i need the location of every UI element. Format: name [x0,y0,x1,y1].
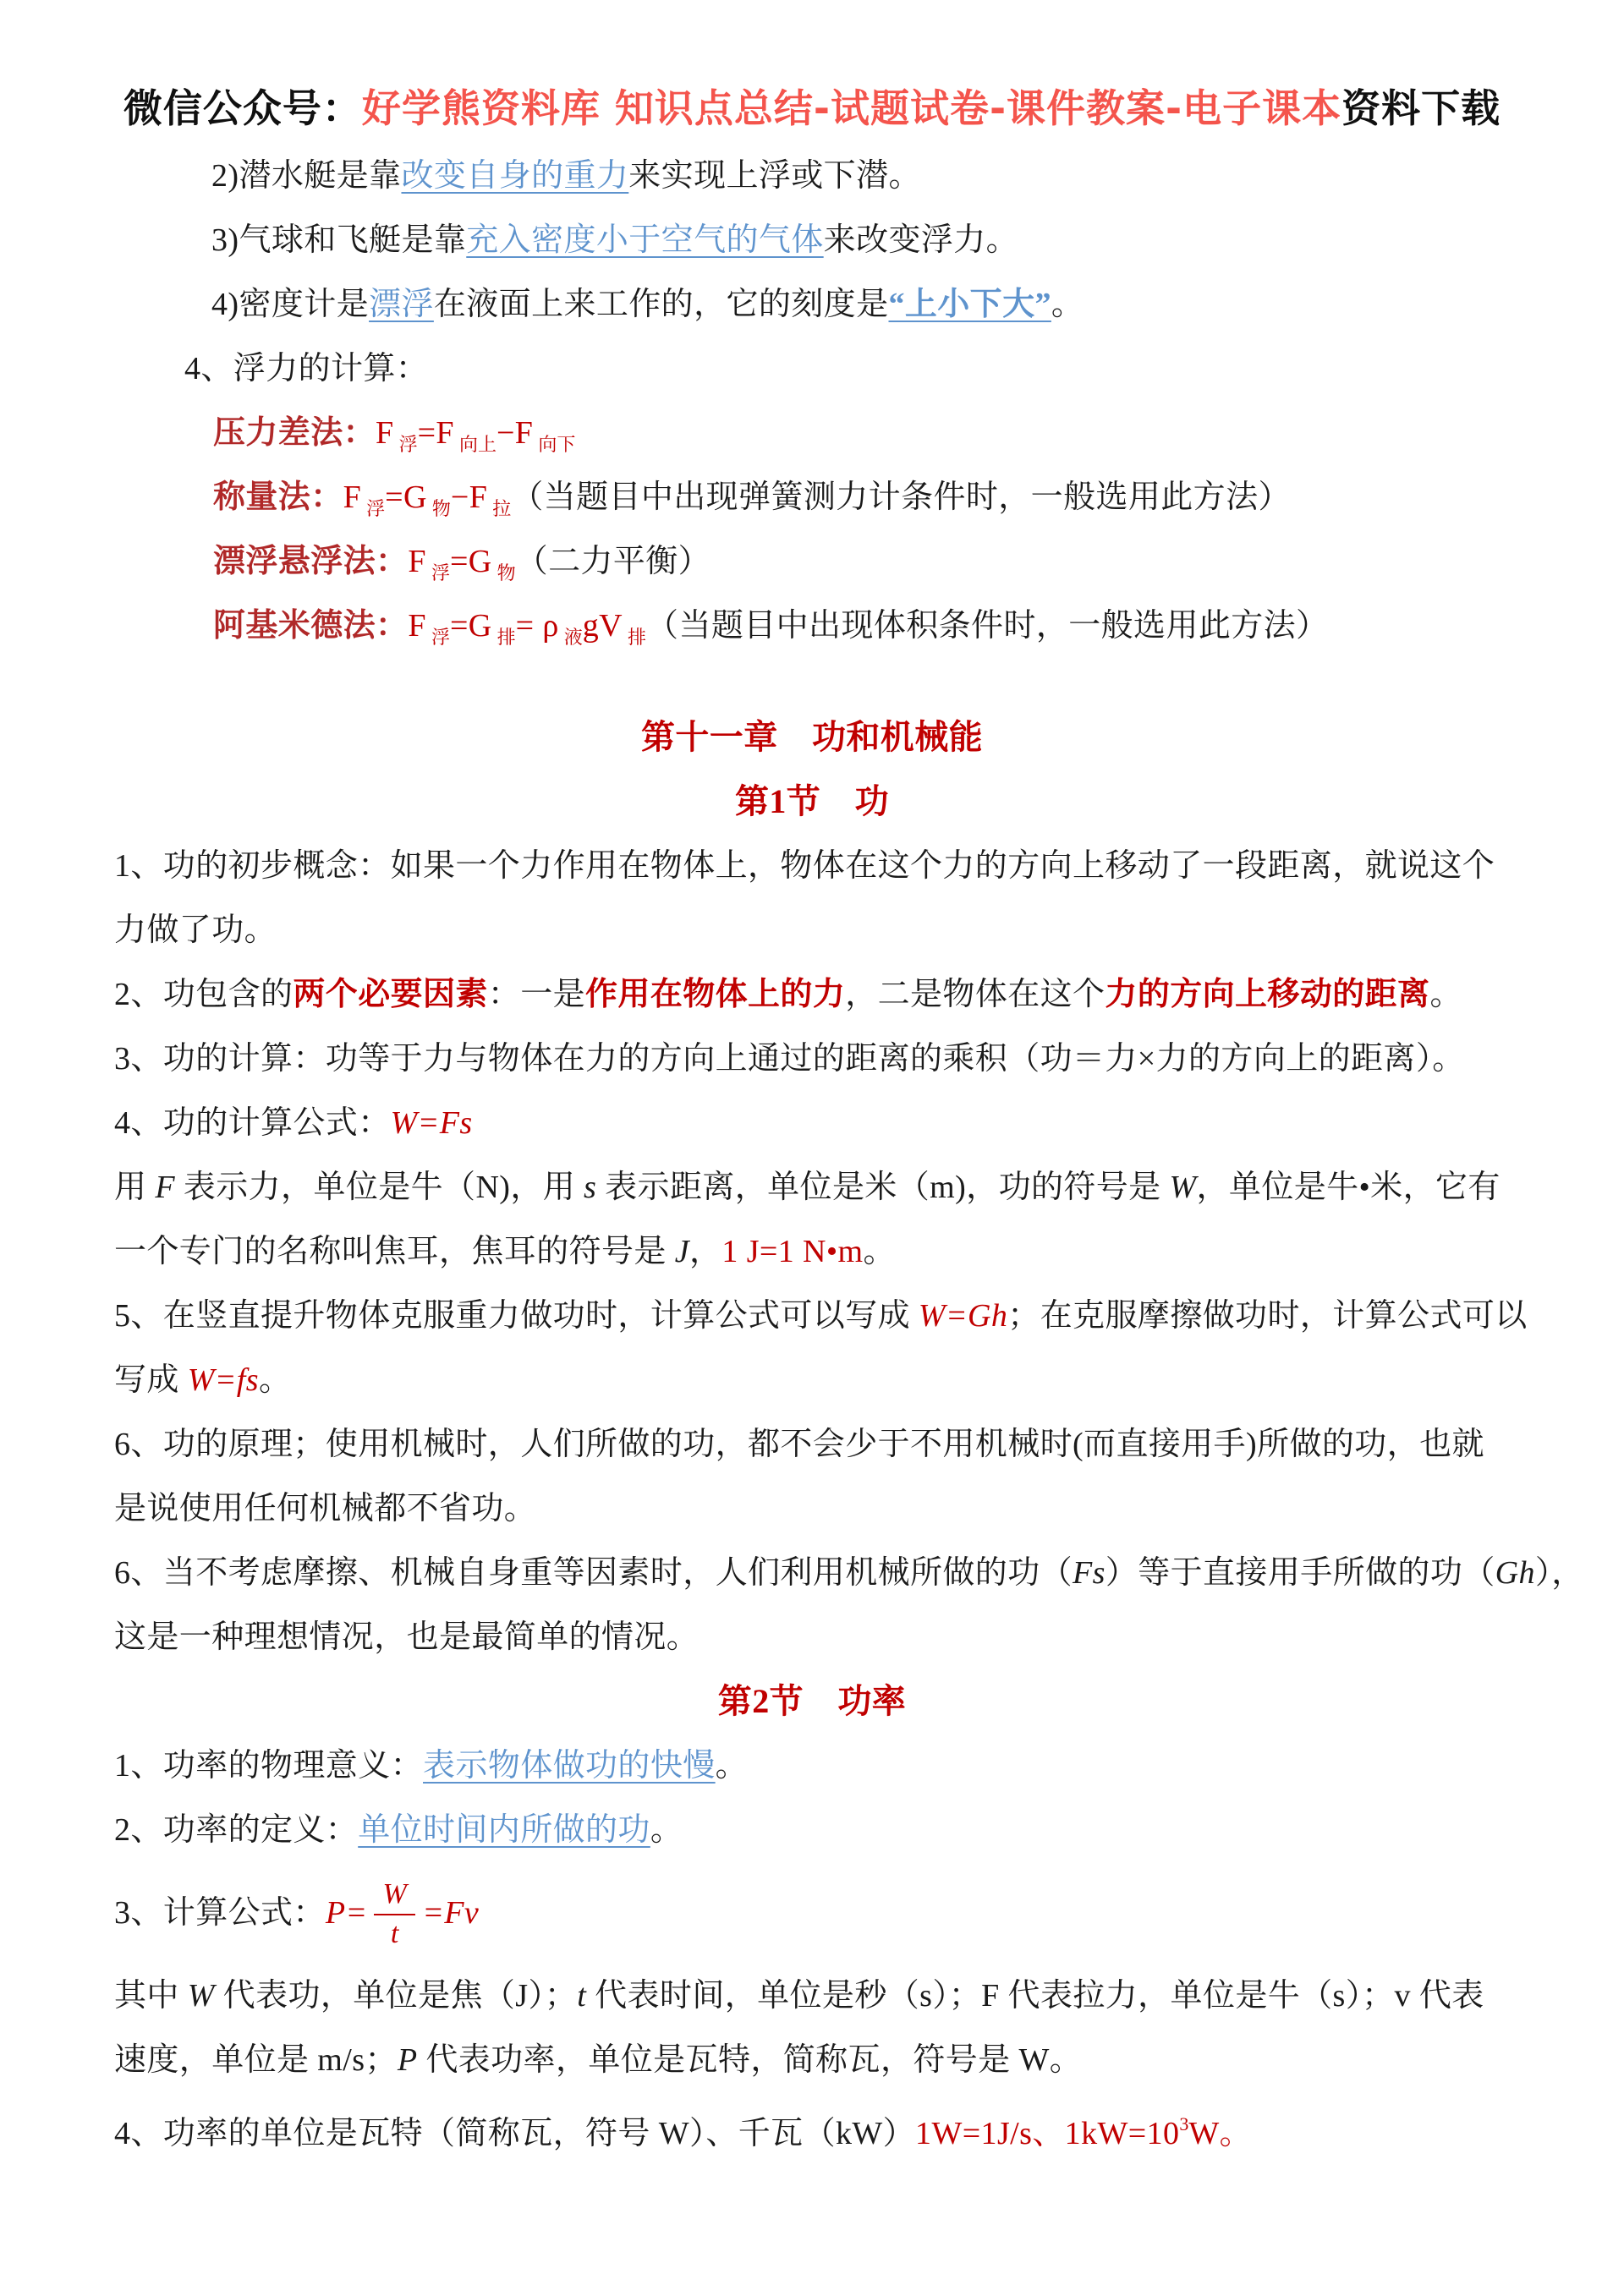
text-segment: W=Gh [919,1298,1007,1334]
heading-section-2: 第2节 功率 [114,1669,1510,1734]
text-segment: 4、功率的单位是瓦特（简称瓦，符号 W）、千瓦（kW） [114,2116,915,2151]
text-segment: ，单位是牛•米，它有 [1197,1170,1501,1205]
line-power-units-2: 速度，单位是 m/s；P 代表功率，单位是瓦特，简称瓦，符号是 W。 [114,2028,1510,2092]
text-segment: 其中 [114,1978,188,2014]
text-segment: =G [450,544,492,579]
text-segment: J [675,1234,689,1269]
text-segment: 作用在物体上的力 [585,977,845,1012]
text-segment: 4、浮力的计算： [184,351,428,386]
line-work-variants-2: 写成 W=fs。 [114,1348,1510,1412]
text-segment: 代表功率，单位是瓦特，简称瓦，符号是 W。 [417,2042,1082,2078]
text-segment: 4、功的计算公式： [114,1105,391,1141]
text-segment: 这是一种理想情况，也是最简单的情况。 [114,1619,699,1655]
text-segment: 改变自身的重力 [401,158,628,194]
text-segment: 第2节 功率 [718,1682,906,1720]
text-segment: F [408,608,426,644]
text-segment: W=Fs [391,1105,473,1141]
text-segment: 用 [114,1170,155,1205]
text-segment: 速度，单位是 m/s； [114,2042,398,2078]
line-weighing-method: 称量法：F浮=G物−F拉（当题目中出现弹簧测力计条件时，一般选用此方法） [114,465,1510,529]
line-power-definition: 2、功率的定义：单位时间内所做的功。 [114,1798,1510,1862]
text-segment: 浮 [366,498,385,519]
text-segment: 物 [432,498,451,519]
document-body: 2)潜水艇是靠改变自身的重力来实现上浮或下潜。3)气球和飞艇是靠充入密度小于空气… [114,144,1510,2156]
text-segment: ）等于直接用手所做的功（ [1106,1555,1495,1591]
line-work-calculation: 3、功的计算：功等于力与物体在力的方向上通过的距离的乘积（功＝力×力的方向上的距… [114,1027,1510,1091]
text-segment: 浮 [399,434,418,455]
line-power-watt: 4、功率的单位是瓦特（简称瓦，符号 W）、千瓦（kW）1W=1J/s、1kW=1… [114,2092,1510,2156]
text-segment: 来改变浮力。 [824,222,1018,258]
text-segment: 1、功的初步概念：如果一个力作用在物体上，物体在这个力的方向上移动了一段距离，就… [114,848,1495,884]
text-segment: 排 [628,627,646,648]
text-segment: （当题目中出现体积条件时，一般选用此方法） [646,608,1328,644]
text-segment: −F [497,415,533,451]
text-segment: 向下 [538,434,575,455]
text-segment: 是说使用任何机械都不省功。 [114,1491,536,1526]
line-balloon: 3)气球和飞艇是靠充入密度小于空气的气体来改变浮力。 [114,208,1510,272]
text-segment: （当题目中出现弹簧测力计条件时，一般选用此方法） [511,479,1291,515]
text-segment: 阿基米德法： [213,608,408,644]
text-segment: F [343,479,362,515]
line-ideal-case-1: 6、当不考虑摩擦、机械自身重等因素时，人们利用机械所做的功（Fs）等于直接用手所… [114,1541,1510,1605]
line-work-concept-1: 1、功的初步概念：如果一个力作用在物体上，物体在这个力的方向上移动了一段距离，就… [114,834,1510,898]
text-segment: 表示物体做功的快慢 [423,1748,716,1784]
text-segment: 单位时间内所做的功 [358,1812,650,1848]
line-hydrometer: 4)密度计是漂浮在液面上来工作的，它的刻度是“上小下大”。 [114,272,1510,337]
line-work-units-2: 一个专门的名称叫焦耳，焦耳的符号是 J，1 J=1 N•m。 [114,1219,1510,1284]
text-segment: P [398,2042,418,2078]
text-segment: ：一是 [488,977,585,1012]
text-segment: 1 J=1 N•m [721,1234,863,1269]
text-segment: 代表功，单位是焦（J）； [215,1978,578,2014]
text-segment: 物 [497,562,516,584]
text-segment: 1W=1J/s、1kW=10 [915,2116,1179,2151]
text-segment: 拉 [492,498,511,519]
text-segment: 1、功率的物理意义： [114,1748,423,1784]
text-segment: 代表时间，单位是秒（s）；F 代表拉力，单位是牛（s）；v 代表 [586,1978,1484,2014]
line-work-principle-2: 是说使用任何机械都不省功。 [114,1477,1510,1541]
text-segment: 3、计算公式： [114,1881,326,1945]
text-segment: “上小下大” [888,287,1051,322]
document-page: 微信公众号：好学熊资料库 知识点总结-试题试卷-课件教案-电子课本资料下载 2)… [0,0,1624,2296]
text-segment: 。 [1051,287,1084,322]
text-segment: s [584,1170,596,1205]
text-segment: 称量法： [213,479,343,515]
text-segment: W。 [1188,2116,1252,2151]
text-segment: 2、功包含的 [114,977,293,1012]
text-segment: 6、功的原理；使用机械时，人们所做的功，都不会少于不用机械时(而直接用手)所做的… [114,1427,1484,1462]
line-pressure-difference-method: 压力差法：F浮=F向上−F向下 [114,401,1510,465]
text-segment: Gh [1495,1555,1535,1591]
line-work-formula: 4、功的计算公式：W=Fs [114,1091,1510,1155]
text-segment: 3)气球和飞艇是靠 [211,222,466,258]
text-segment: 。 [1429,977,1462,1012]
line-archimedes-method: 阿基米德法：F浮=G排= ρ液gV排（当题目中出现体积条件时，一般选用此方法） [114,594,1510,658]
text-segment: t [577,1978,586,2014]
text-segment: ，二是物体在这个 [845,977,1105,1012]
text-segment: 2、功率的定义： [114,1812,358,1848]
heading-chapter-11: 第十一章 功和机械能 [114,705,1510,770]
text-segment: −F [451,479,487,515]
text-segment: 一个专门的名称叫焦耳，焦耳的符号是 [114,1234,675,1269]
line-power-formula: 3、计算公式：P=Wt=Fv [114,1862,1510,1964]
text-segment: 第十一章 功和机械能 [641,718,983,756]
text-segment: （二力平衡） [516,544,710,579]
text-segment: 好学熊资料库 知识点总结-试题试卷-课件教案-电子课本 [362,85,1341,131]
text-segment: 6、当不考虑摩擦、机械自身重等因素时，人们利用机械所做的功（ [114,1555,1073,1591]
text-segment: 漂浮 [369,287,434,322]
text-segment: 浮 [431,627,450,648]
text-segment: ）， [1535,1555,1584,1591]
text-segment: Fs [1073,1555,1106,1591]
text-segment: 充入密度小于空气的气体 [466,222,823,258]
line-submarine: 2)潜水艇是靠改变自身的重力来实现上浮或下潜。 [114,144,1510,208]
line-buoyancy-calc-title: 4、浮力的计算： [114,337,1510,401]
line-work-principle-1: 6、功的原理；使用机械时，人们所做的功，都不会少于不用机械时(而直接用手)所做的… [114,1412,1510,1477]
text-segment: 压力差法： [213,415,376,451]
text-segment: F [155,1170,175,1205]
text-segment: =G [450,608,492,644]
text-segment: W [188,1978,215,2014]
text-segment: 排 [497,627,516,648]
text-segment: 。 [864,1234,896,1269]
text-segment: 液 [564,627,583,648]
text-segment: P= [326,1881,368,1945]
text-segment: 5、在竖直提升物体克服重力做功时，计算公式可以写成 [114,1298,919,1334]
text-segment: W [1169,1170,1196,1205]
text-segment: 3 [1179,2113,1188,2134]
text-segment: 表示力，单位是牛（N)，用 [175,1170,584,1205]
text-segment: 来实现上浮或下潜。 [628,158,921,194]
text-segment: 3、功的计算：功等于力与物体在力的方向上通过的距离的乘积（功＝力×力的方向上的距… [114,1041,1465,1077]
text-segment: =Fv [422,1881,479,1945]
text-segment: 两个必要因素 [293,977,487,1012]
text-segment: 漂浮悬浮法： [213,544,408,579]
line-work-variants-1: 5、在竖直提升物体克服重力做功时，计算公式可以写成 W=Gh；在克服摩擦做功时，… [114,1284,1510,1348]
text-segment: 微信公众号： [123,85,362,131]
line-power-units-1: 其中 W 代表功，单位是焦（J）；t 代表时间，单位是秒（s）；F 代表拉力，单… [114,1964,1510,2028]
text-segment: =G [385,479,427,515]
line-floating-method: 漂浮悬浮法：F浮=G物（二力平衡） [114,529,1510,594]
text-segment: = ρ [516,608,559,644]
text-segment: ， [689,1234,721,1269]
text-segment: 向上 [459,434,497,455]
text-segment: =F [418,415,454,451]
line-work-concept-2: 力做了功。 [114,898,1510,962]
text-segment: 。 [650,1812,683,1848]
line-power-meaning: 1、功率的物理意义：表示物体做功的快慢。 [114,1734,1510,1798]
text-segment: 。 [716,1748,748,1784]
text-segment: 第1节 功 [735,782,889,820]
wechat-promo-banner: 微信公众号：好学熊资料库 知识点总结-试题试卷-课件教案-电子课本资料下载 [0,78,1624,134]
text-segment: 浮 [431,562,450,584]
text-segment: 表示距离，单位是米（m)，功的符号是 [596,1170,1169,1205]
line-work-units-1: 用 F 表示力，单位是牛（N)，用 s 表示距离，单位是米（m)，功的符号是 W… [114,1155,1510,1219]
text-segment: F [376,415,394,451]
fraction-w-over-t: Wt [374,1876,415,1950]
heading-section-1: 第1节 功 [114,770,1510,834]
text-segment: 2)潜水艇是靠 [211,158,401,194]
text-segment: W=fs [188,1362,259,1398]
line-ideal-case-2: 这是一种理想情况，也是最简单的情况。 [114,1605,1510,1669]
text-segment: 力的方向上移动的距离 [1105,977,1429,1012]
text-segment: ；在克服摩擦做功时，计算公式可以 [1007,1298,1527,1334]
text-segment: 。 [259,1362,291,1398]
line-work-factors: 2、功包含的两个必要因素：一是作用在物体上的力，二是物体在这个力的方向上移动的距… [114,962,1510,1027]
text-segment: 力做了功。 [114,912,277,948]
text-segment: F [408,544,426,579]
text-segment: 4)密度计是 [211,287,369,322]
text-segment: 在液面上来工作的，它的刻度是 [434,287,889,322]
text-segment: 资料下载 [1341,85,1501,131]
text-segment: gV [583,608,623,644]
text-segment: 写成 [114,1362,188,1398]
